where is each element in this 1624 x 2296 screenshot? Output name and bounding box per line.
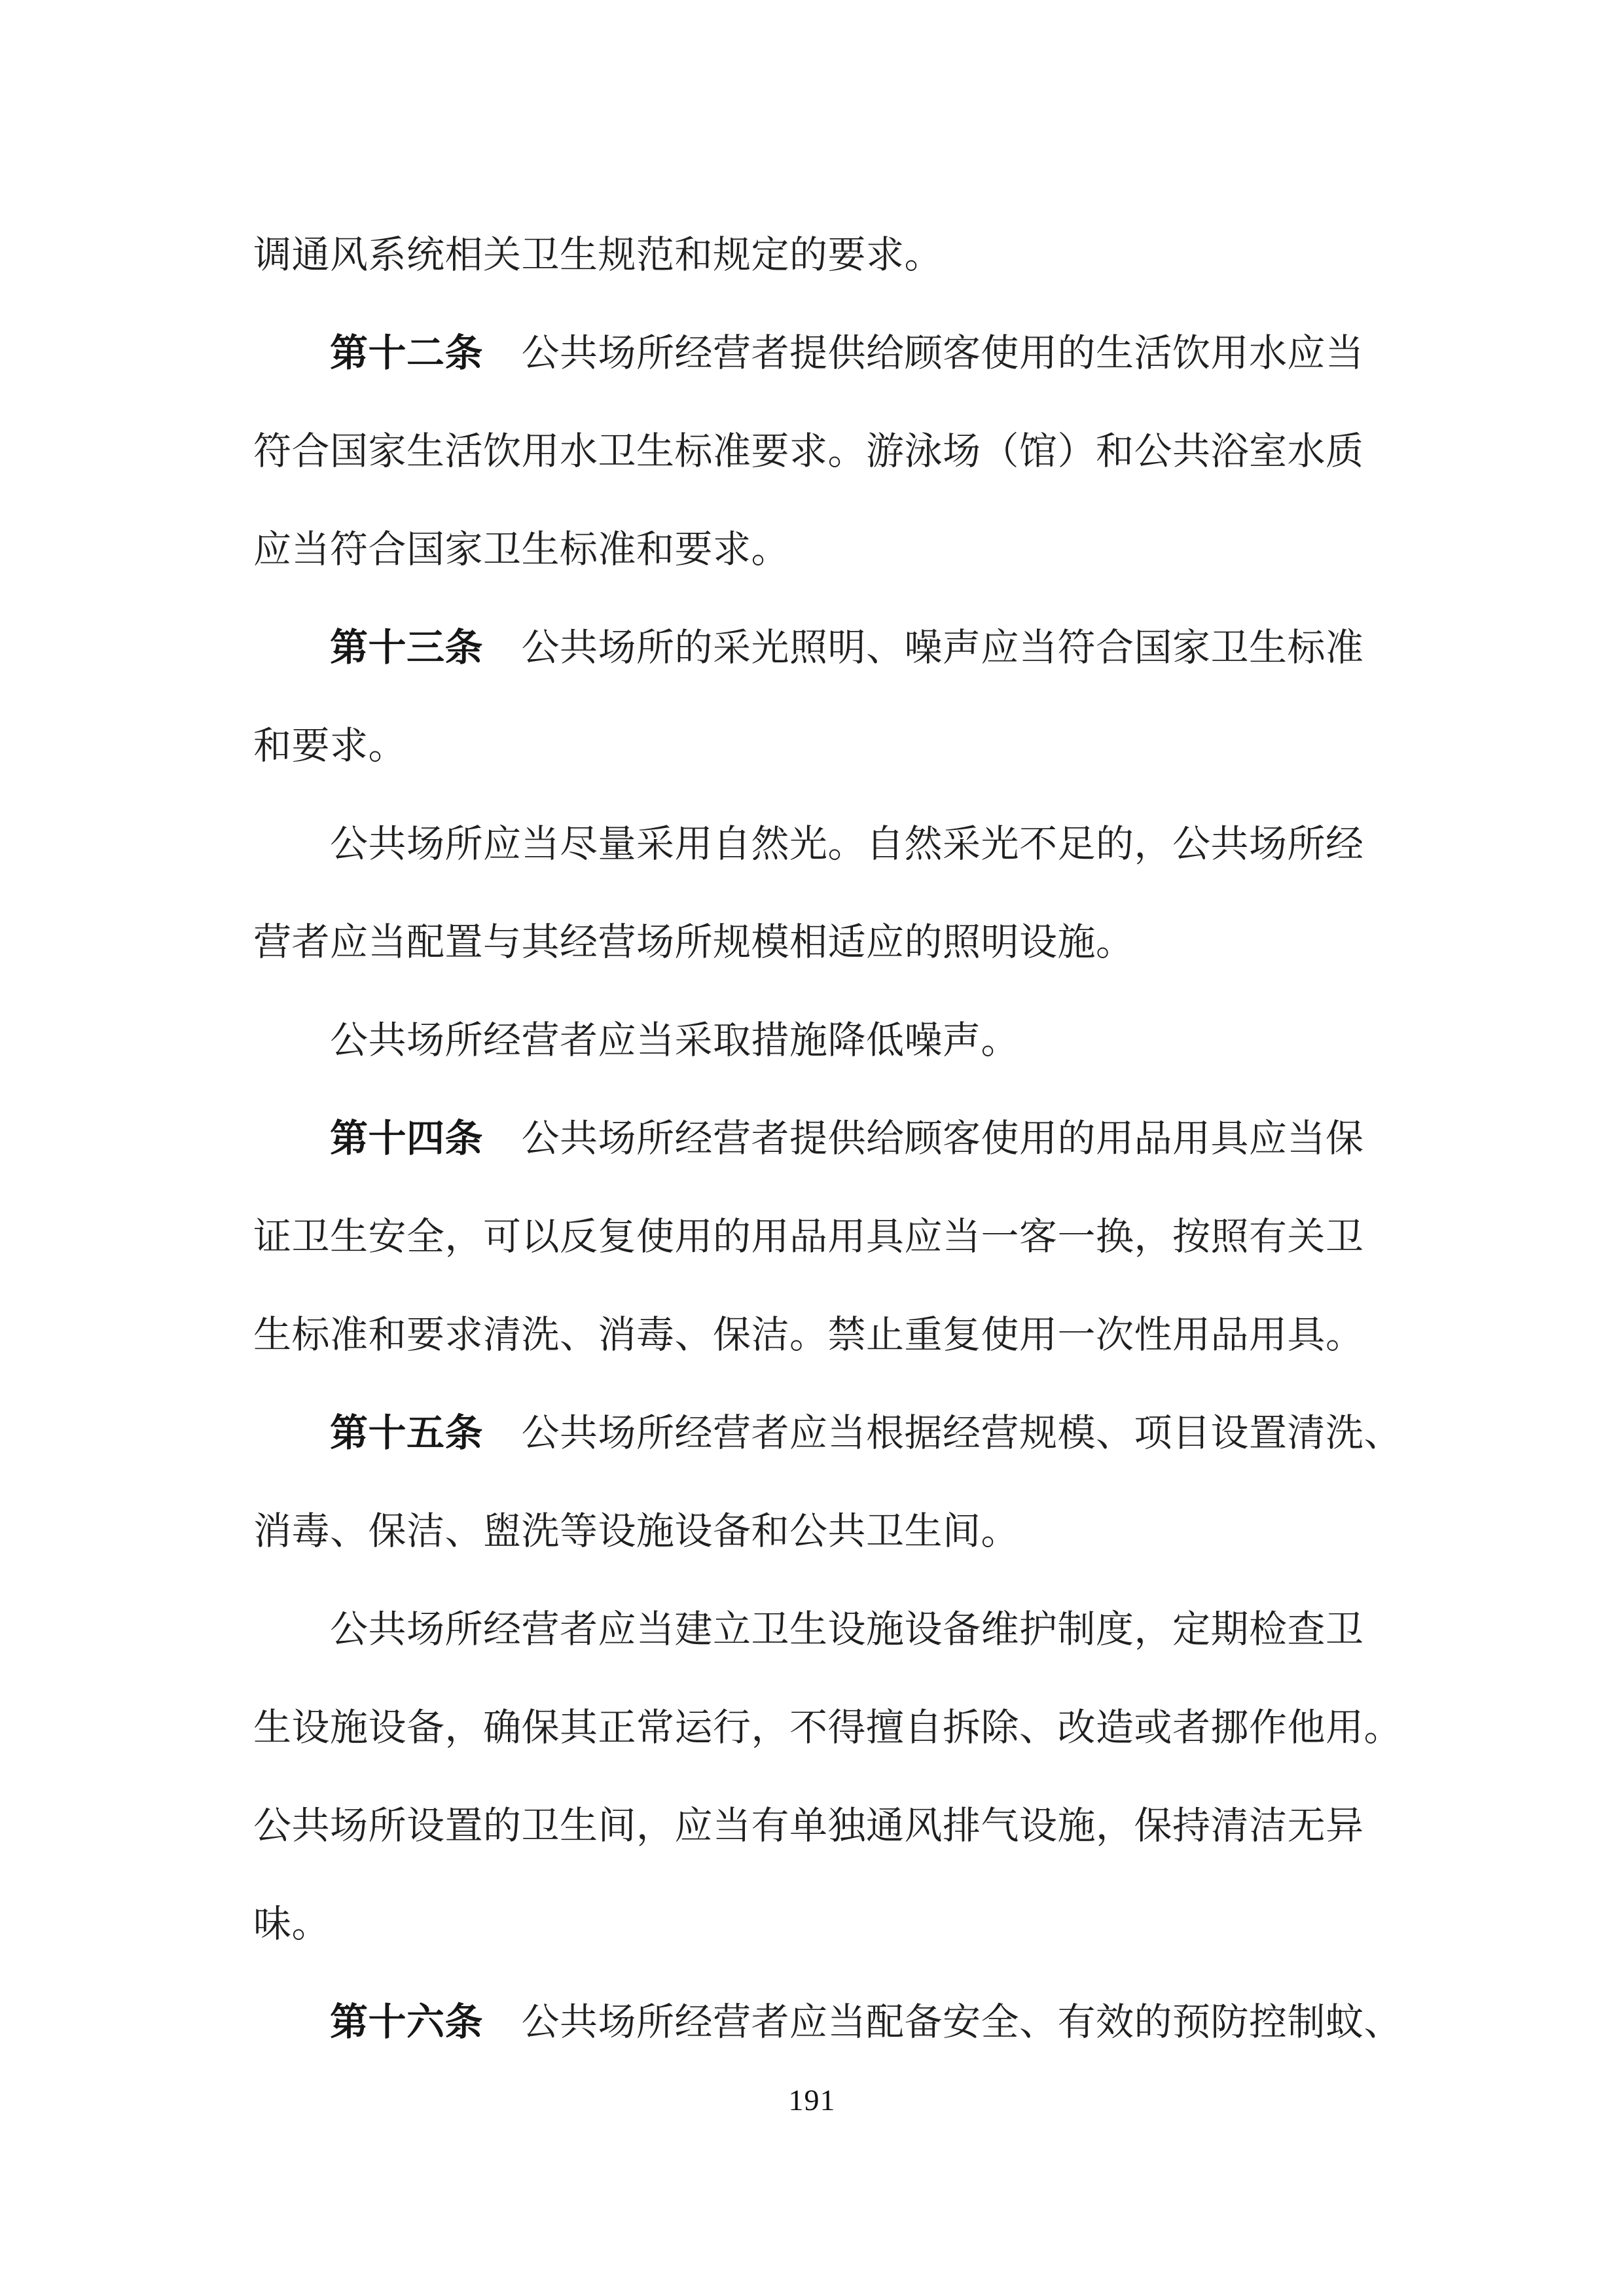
- text-segment: 调通风系统相关卫生规范和规定的要求。: [253, 234, 943, 276]
- text-line: 符合国家生活饮用水卫生标准要求。游泳场（馆）和公共浴室水质: [253, 403, 1405, 501]
- text-line: 消毒、保洁、盥洗等设施设备和公共卫生间。: [253, 1482, 1405, 1581]
- text-segment: 公共场所经营者提供给顾客使用的生活饮用水应当: [483, 332, 1364, 374]
- article-number: 第十二条: [330, 332, 483, 374]
- text-line: 营者应当配置与其经营场所规模相适应的照明设施。: [253, 893, 1405, 992]
- text-segment: 公共场所设置的卫生间，应当有单独通风排气设施，保持清洁无异: [253, 1804, 1364, 1847]
- text-segment: 公共场所经营者应当采取措施降低噪声。: [330, 1019, 1019, 1062]
- text-segment: 营者应当配置与其经营场所规模相适应的照明设施。: [253, 921, 1134, 963]
- page-number: 191: [0, 2070, 1624, 2130]
- text-line: 味。: [253, 1875, 1405, 1973]
- document-page: 调通风系统相关卫生规范和规定的要求。第十二条 公共场所经营者提供给顾客使用的生活…: [0, 0, 1624, 2296]
- text-segment: 生设施设备，确保其正常运行，不得擅自拆除、改造或者挪作他用。: [253, 1706, 1402, 1749]
- text-line: 公共场所设置的卫生间，应当有单独通风排气设施，保持清洁无异: [253, 1777, 1405, 1875]
- text-segment: 公共场所应当尽量采用自然光。自然采光不足的，公共场所经: [330, 823, 1364, 865]
- text-line: 第十六条 公共场所经营者应当配备安全、有效的预防控制蚊、: [253, 1973, 1405, 2072]
- article-number: 第十六条: [330, 2001, 483, 2043]
- text-segment: 应当符合国家卫生标准和要求。: [253, 528, 789, 571]
- text-segment: 公共场所经营者应当根据经营规模、项目设置清洗、: [483, 1412, 1402, 1454]
- text-segment: 公共场所经营者提供给顾客使用的用品用具应当保: [483, 1117, 1364, 1160]
- document-body: 调通风系统相关卫生规范和规定的要求。第十二条 公共场所经营者提供给顾客使用的生活…: [253, 206, 1405, 2072]
- text-segment: 证卫生安全，可以反复使用的用品用具应当一客一换，按照有关卫: [253, 1215, 1364, 1258]
- text-line: 公共场所应当尽量采用自然光。自然采光不足的，公共场所经: [253, 795, 1405, 893]
- text-segment: 消毒、保洁、盥洗等设施设备和公共卫生间。: [253, 1510, 1019, 1552]
- text-line: 应当符合国家卫生标准和要求。: [253, 501, 1405, 599]
- text-line: 第十四条 公共场所经营者提供给顾客使用的用品用具应当保: [253, 1090, 1405, 1188]
- text-line: 证卫生安全，可以反复使用的用品用具应当一客一换，按照有关卫: [253, 1188, 1405, 1286]
- text-line: 第十二条 公共场所经营者提供给顾客使用的生活饮用水应当: [253, 304, 1405, 403]
- text-line: 生设施设备，确保其正常运行，不得擅自拆除、改造或者挪作他用。: [253, 1679, 1405, 1777]
- text-segment: 和要求。: [253, 725, 406, 767]
- text-line: 和要求。: [253, 697, 1405, 795]
- article-number: 第十五条: [330, 1412, 483, 1454]
- text-segment: 符合国家生活饮用水卫生标准要求。游泳场（馆）和公共浴室水质: [253, 430, 1364, 473]
- text-line: 调通风系统相关卫生规范和规定的要求。: [253, 206, 1405, 304]
- text-segment: 味。: [253, 1903, 330, 1945]
- text-line: 第十五条 公共场所经营者应当根据经营规模、项目设置清洗、: [253, 1384, 1405, 1482]
- text-line: 公共场所经营者应当建立卫生设施设备维护制度，定期检查卫: [253, 1581, 1405, 1679]
- text-segment: 生标准和要求清洗、消毒、保洁。禁止重复使用一次性用品用具。: [253, 1314, 1364, 1356]
- text-line: 生标准和要求清洗、消毒、保洁。禁止重复使用一次性用品用具。: [253, 1286, 1405, 1384]
- text-line: 公共场所经营者应当采取措施降低噪声。: [253, 992, 1405, 1090]
- article-number: 第十四条: [330, 1117, 483, 1160]
- text-line: 第十三条 公共场所的采光照明、噪声应当符合国家卫生标准: [253, 599, 1405, 697]
- article-number: 第十三条: [330, 626, 483, 669]
- text-segment: 公共场所经营者应当建立卫生设施设备维护制度，定期检查卫: [330, 1608, 1364, 1651]
- text-segment: 公共场所的采光照明、噪声应当符合国家卫生标准: [483, 626, 1364, 669]
- text-segment: 公共场所经营者应当配备安全、有效的预防控制蚊、: [483, 2001, 1402, 2043]
